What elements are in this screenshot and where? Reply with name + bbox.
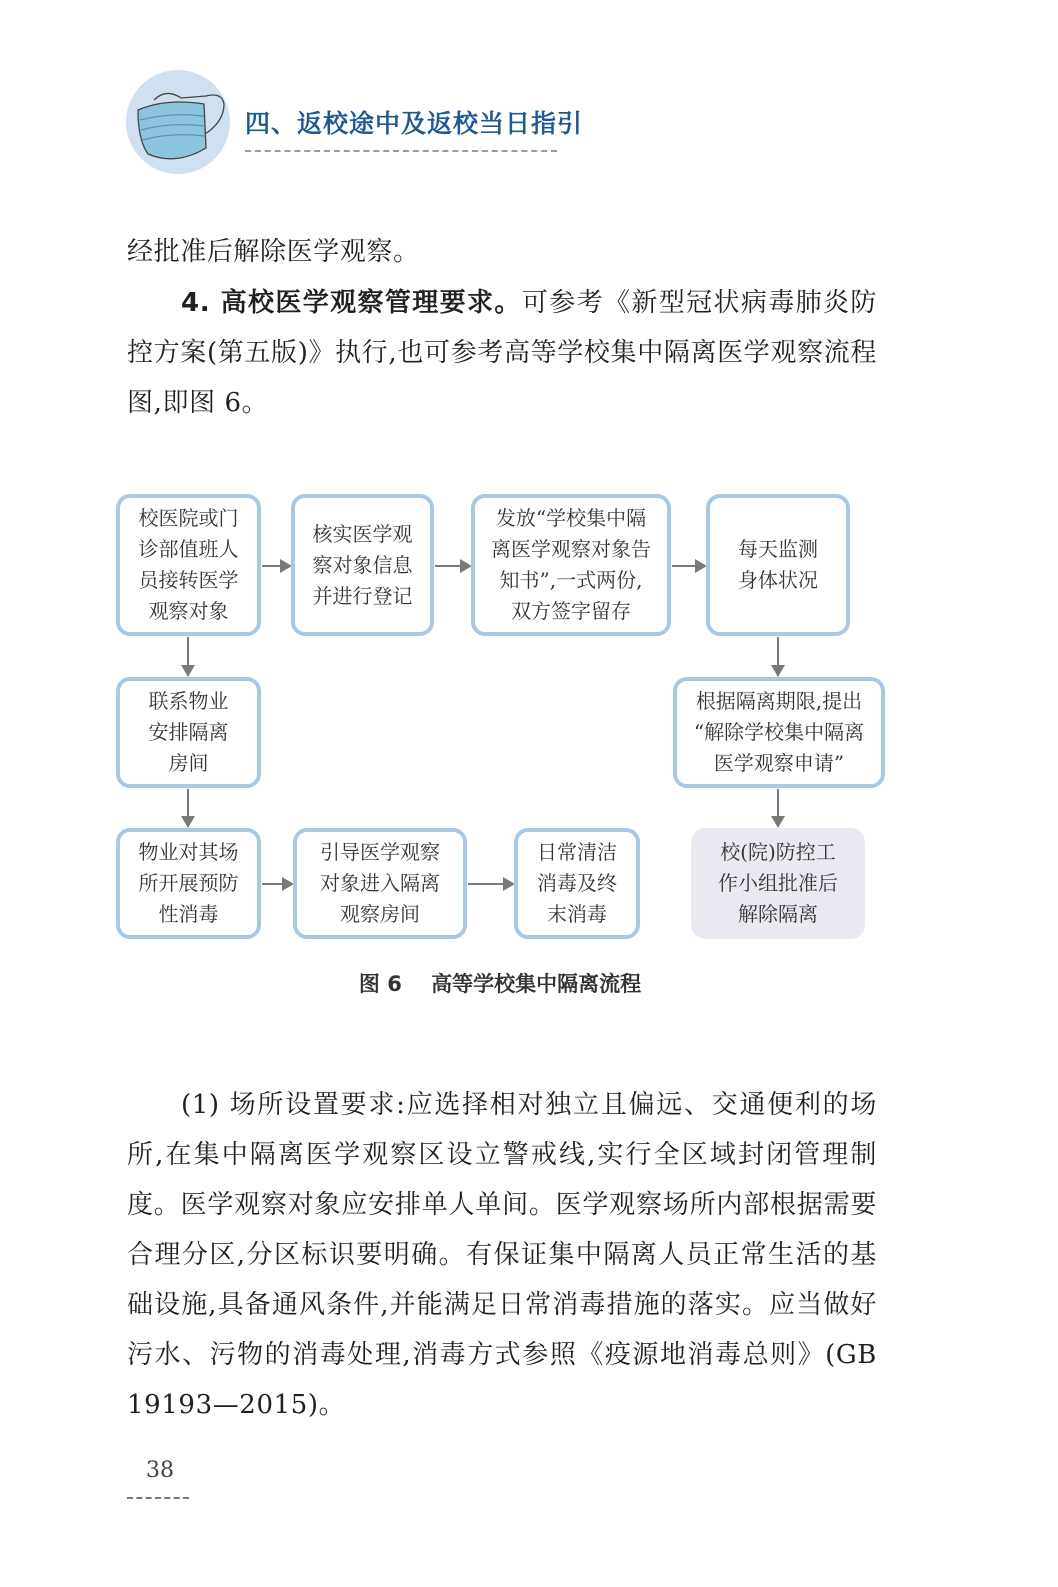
flow-node-guide-to-room: 引导医学观察 对象进入隔离 观察房间	[293, 828, 467, 939]
node-label: 日常清洁 消毒及终 末消毒	[537, 837, 617, 930]
item-body: 应选择相对独立且偏远、交通便利的场所,在集中隔离医学观察区设立警戒线,实行全区域…	[127, 1090, 877, 1420]
flow-node-arrange-room: 联系物业 安排隔离 房间	[116, 677, 261, 788]
flow-node-transfer: 校医院或门 诊部值班人 员接转医学 观察对象	[116, 494, 261, 636]
paragraph-continuation: 经批准后解除医学观察。	[127, 227, 877, 277]
page-number: 38	[146, 1458, 174, 1483]
node-label: 每天监测 身体状况	[738, 534, 818, 596]
arrow-right	[262, 565, 290, 567]
section-heading: 4. 高校医学观察管理要求。	[181, 288, 522, 318]
arrow-down	[777, 637, 779, 675]
face-mask-icon	[126, 70, 230, 174]
flow-node-release-application: 根据隔离期限,提出 “解除学校集中隔离 医学观察申请”	[673, 677, 885, 788]
node-label: 核实医学观 察对象信息 并进行登记	[313, 519, 413, 612]
node-label: 校(院)防控工 作小组批准后 解除隔离	[718, 837, 838, 930]
flow-node-preventive-disinfection: 物业对其场 所开展预防 性消毒	[116, 828, 261, 939]
arrow-down	[187, 637, 189, 675]
paragraph-section-4: 4. 高校医学观察管理要求。可参考《新型冠状病毒肺炎防控方案(第五版)》执行,也…	[127, 278, 877, 428]
flow-node-notice: 发放“学校集中隔 离医学观察对象告 知书”,一式两份, 双方签字留存	[471, 494, 671, 636]
arrow-right	[435, 565, 470, 567]
arrow-down	[187, 789, 189, 826]
arrow-down	[777, 789, 779, 826]
flow-node-verify: 核实医学观 察对象信息 并进行登记	[291, 494, 434, 636]
arrow-right	[672, 565, 705, 567]
paragraph-site-requirements: (1) 场所设置要求:应选择相对独立且偏远、交通便利的场所,在集中隔离医学观察区…	[127, 1080, 877, 1430]
node-label: 校医院或门 诊部值班人 员接转医学 观察对象	[139, 503, 239, 627]
item-heading: (1) 场所设置要求:	[181, 1090, 405, 1120]
node-label: 发放“学校集中隔 离医学观察对象告 知书”,一式两份, 双方签字留存	[491, 503, 651, 627]
chapter-divider	[245, 150, 557, 152]
arrow-right	[468, 883, 513, 885]
page-number-divider	[127, 1497, 189, 1499]
flow-node-release-approved: 校(院)防控工 作小组批准后 解除隔离	[691, 828, 865, 939]
node-label: 联系物业 安排隔离 房间	[149, 686, 229, 779]
flow-node-daily-cleaning: 日常清洁 消毒及终 末消毒	[514, 828, 640, 939]
arrow-right	[262, 883, 292, 885]
node-label: 引导医学观察 对象进入隔离 观察房间	[320, 837, 440, 930]
flow-node-monitor: 每天监测 身体状况	[706, 494, 850, 636]
node-label: 根据隔离期限,提出 “解除学校集中隔离 医学观察申请”	[694, 686, 864, 779]
figure-caption: 图 6 高等学校集中隔离流程	[0, 968, 1000, 998]
chapter-title: 四、返校途中及返校当日指引	[245, 104, 583, 140]
node-label: 物业对其场 所开展预防 性消毒	[139, 837, 239, 930]
